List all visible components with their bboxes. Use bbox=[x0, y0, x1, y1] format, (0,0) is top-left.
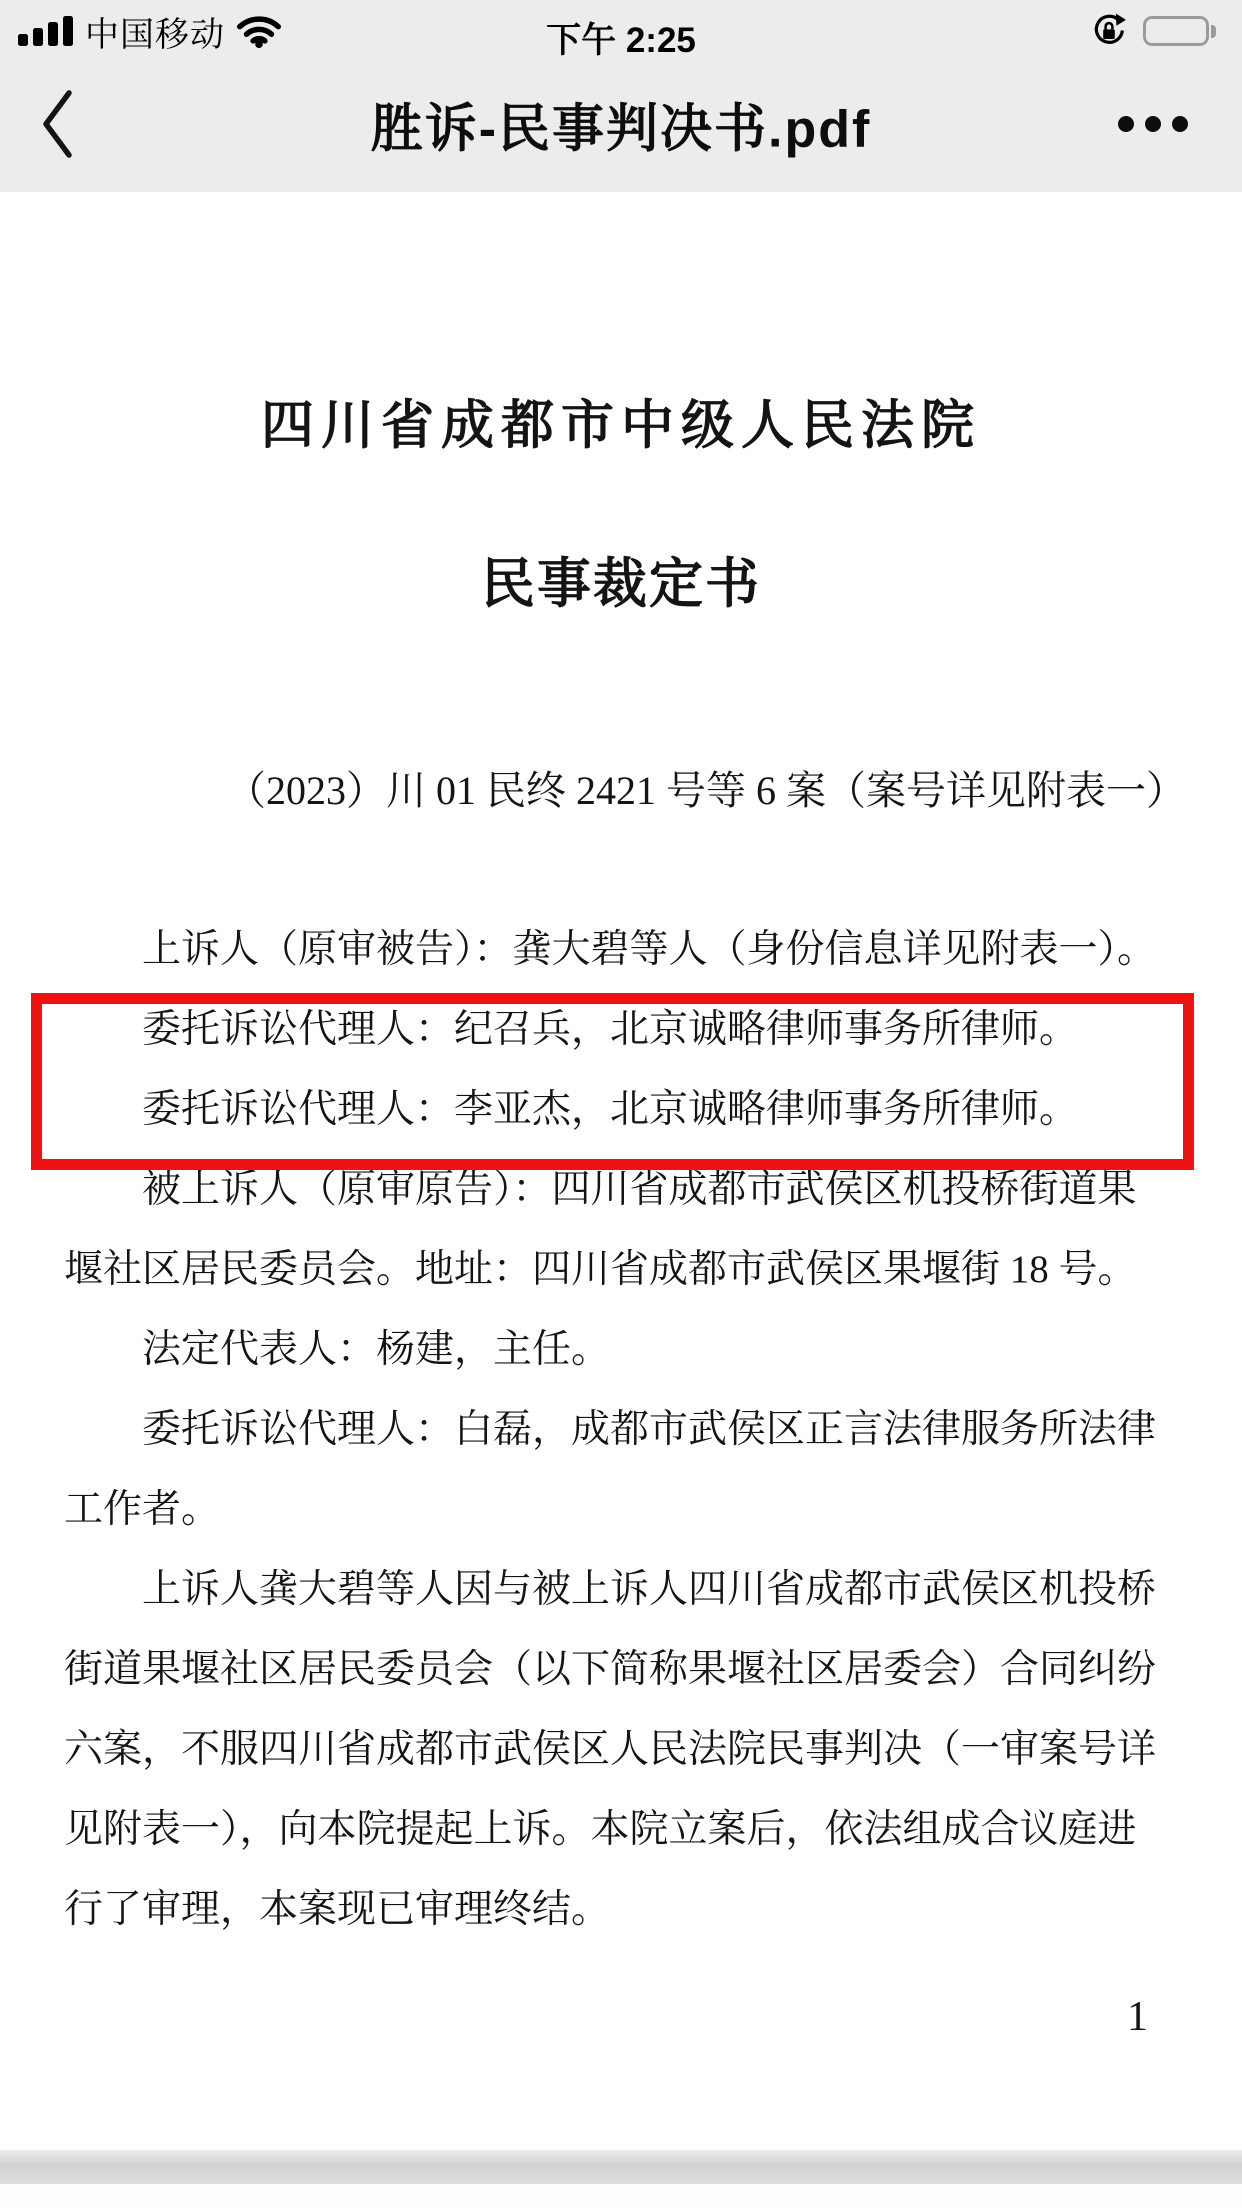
doc-line: 见附表一），向本院提起上诉。本院立案后，依法组成合议庭进 bbox=[64, 1790, 1178, 1870]
doc-line: 堰社区居民委员会。地址：四川省成都市武侯区果堰街 18 号。 bbox=[64, 1230, 1178, 1310]
doc-line: 上诉人龚大碧等人因与被上诉人四川省成都市武侯区机投桥 bbox=[64, 1550, 1178, 1630]
red-highlight-annotation bbox=[31, 993, 1194, 1170]
battery-icon bbox=[1143, 16, 1216, 46]
case-number-line: （2023）川 01 民终 2421 号等 6 案（案号详见附表一） bbox=[226, 770, 1178, 812]
wifi-icon bbox=[237, 14, 281, 48]
pdf-page-2-top bbox=[0, 2184, 1242, 2208]
doc-line: 行了审理，本案现已审理终结。 bbox=[64, 1870, 1178, 1950]
more-menu-button[interactable] bbox=[1118, 94, 1188, 154]
carrier-label: 中国移动 bbox=[85, 7, 225, 56]
pdf-page-1[interactable]: 四川省成都市中级人民法院 民事裁定书 （2023）川 01 民终 2421 号等… bbox=[0, 192, 1242, 2150]
back-button[interactable] bbox=[38, 84, 98, 164]
page-number: 1 bbox=[64, 1994, 1178, 2040]
status-right-cluster bbox=[1091, 13, 1216, 49]
doc-line: 法定代表人：杨建，主任。 bbox=[64, 1310, 1178, 1390]
page-separator bbox=[0, 2150, 1242, 2184]
doc-line: 上诉人（原审被告）：龚大碧等人（身份信息详见附表一）。 bbox=[64, 910, 1178, 990]
status-bar: 中国移动 下午 2:25 bbox=[0, 0, 1242, 56]
doc-line: 委托诉讼代理人：白磊，成都市武侯区正言法律服务所法律 bbox=[64, 1390, 1178, 1470]
cellular-signal-icon bbox=[18, 16, 73, 46]
more-ellipsis-icon bbox=[1118, 116, 1134, 132]
status-left-cluster: 中国移动 bbox=[18, 7, 281, 56]
doc-line: 工作者。 bbox=[64, 1470, 1178, 1550]
doc-line: 六案，不服四川省成都市武侯区人民法院民事判决（一审案号详 bbox=[64, 1710, 1178, 1790]
nav-bar: 胜诉-民事判决书.pdf bbox=[0, 56, 1242, 192]
court-title: 四川省成都市中级人民法院 bbox=[64, 400, 1178, 453]
back-chevron-icon bbox=[38, 88, 76, 160]
doc-line: 街道果堰社区居民委员会（以下简称果堰社区居委会）合同纠纷 bbox=[64, 1630, 1178, 1710]
file-title: 胜诉-民事判决书.pdf bbox=[371, 87, 872, 162]
document-type-title: 民事裁定书 bbox=[64, 557, 1178, 611]
rotation-lock-icon bbox=[1091, 13, 1127, 49]
